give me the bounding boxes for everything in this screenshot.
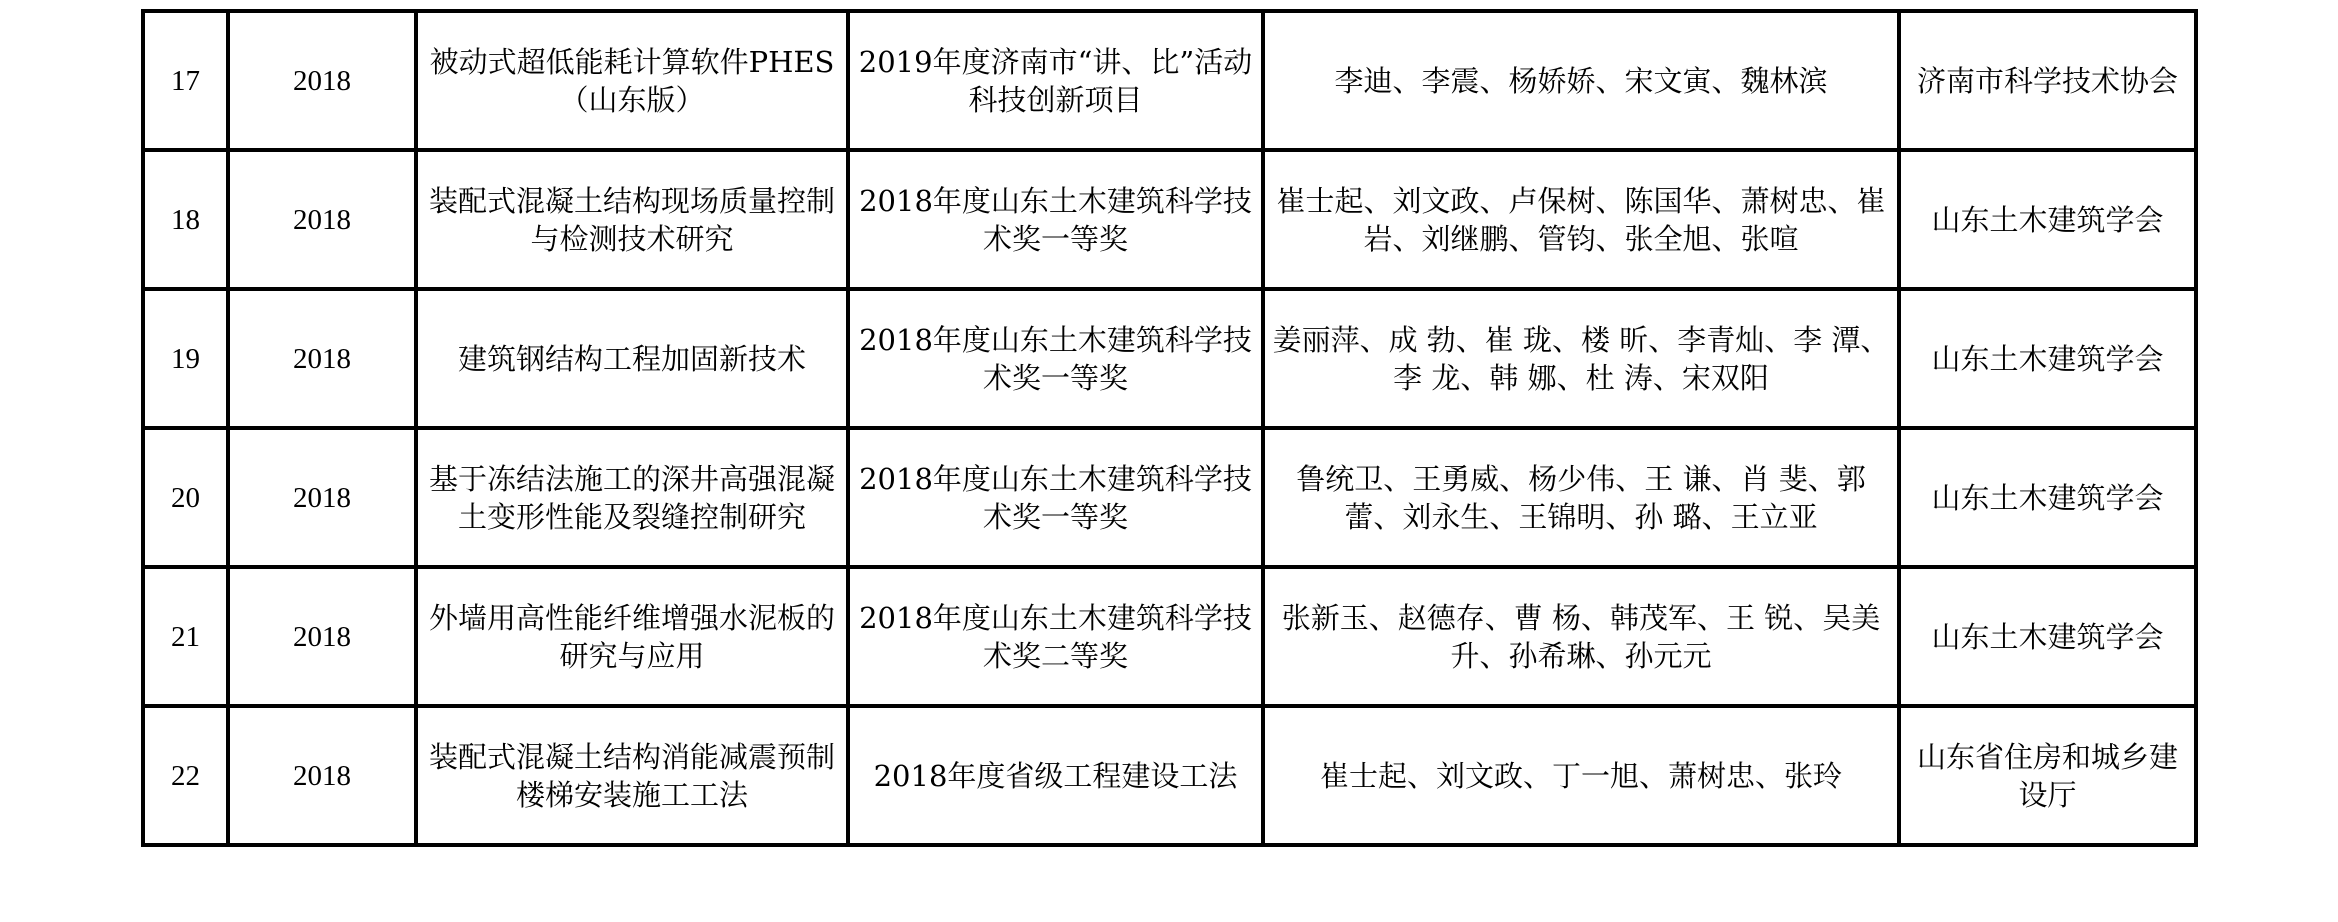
award-name: 2019年度济南市“讲、比”活动科技创新项目: [848, 11, 1263, 150]
authors: 姜丽萍、成 勃、崔 珑、楼 昕、李青灿、李 潭、李 龙、韩 娜、杜 涛、宋双阳: [1263, 289, 1899, 428]
row-year: 2018: [228, 567, 416, 706]
awarding-org: 山东土木建筑学会: [1899, 289, 2196, 428]
table-row: 20 2018 基于冻结法施工的深井高强混凝土变形性能及裂缝控制研究 2018年…: [143, 428, 2196, 567]
awarding-org: 济南市科学技术协会: [1899, 11, 2196, 150]
award-name: 2018年度山东土木建筑科学技术奖一等奖: [848, 289, 1263, 428]
project-title: 建筑钢结构工程加固新技术: [416, 289, 848, 428]
row-number: 17: [143, 11, 228, 150]
authors: 鲁统卫、王勇威、杨少伟、王 谦、肖 斐、郭 蕾、刘永生、王锦明、孙 璐、王立亚: [1263, 428, 1899, 567]
row-year: 2018: [228, 428, 416, 567]
authors: 崔士起、刘文政、丁一旭、萧树忠、张玲: [1263, 706, 1899, 845]
awarding-org: 山东土木建筑学会: [1899, 150, 2196, 289]
table-row: 19 2018 建筑钢结构工程加固新技术 2018年度山东土木建筑科学技术奖一等…: [143, 289, 2196, 428]
row-number: 21: [143, 567, 228, 706]
awarding-org: 山东省住房和城乡建设厅: [1899, 706, 2196, 845]
award-name: 2018年度山东土木建筑科学技术奖一等奖: [848, 150, 1263, 289]
row-number: 22: [143, 706, 228, 845]
project-title: 装配式混凝土结构消能减震预制楼梯安装施工工法: [416, 706, 848, 845]
awarding-org: 山东土木建筑学会: [1899, 567, 2196, 706]
row-year: 2018: [228, 150, 416, 289]
award-name: 2018年度省级工程建设工法: [848, 706, 1263, 845]
row-number: 18: [143, 150, 228, 289]
authors: 张新玉、赵德存、曹 杨、韩茂军、王 锐、吴美升、孙希琳、孙元元: [1263, 567, 1899, 706]
table-row: 22 2018 装配式混凝土结构消能减震预制楼梯安装施工工法 2018年度省级工…: [143, 706, 2196, 845]
project-title: 外墙用高性能纤维增强水泥板的研究与应用: [416, 567, 848, 706]
awarding-org: 山东土木建筑学会: [1899, 428, 2196, 567]
authors: 崔士起、刘文政、卢保树、陈国华、萧树忠、崔 岩、刘继鹏、管钧、张全旭、张喧: [1263, 150, 1899, 289]
award-name: 2018年度山东土木建筑科学技术奖一等奖: [848, 428, 1263, 567]
authors: 李迪、李震、杨娇娇、宋文寅、魏林滨: [1263, 11, 1899, 150]
row-number: 20: [143, 428, 228, 567]
row-year: 2018: [228, 289, 416, 428]
project-title: 装配式混凝土结构现场质量控制与检测技术研究: [416, 150, 848, 289]
table-row: 21 2018 外墙用高性能纤维增强水泥板的研究与应用 2018年度山东土木建筑…: [143, 567, 2196, 706]
award-name: 2018年度山东土木建筑科学技术奖二等奖: [848, 567, 1263, 706]
awards-table: 17 2018 被动式超低能耗计算软件PHES（山东版） 2019年度济南市“讲…: [141, 9, 2198, 847]
row-year: 2018: [228, 706, 416, 845]
table-row: 17 2018 被动式超低能耗计算软件PHES（山东版） 2019年度济南市“讲…: [143, 11, 2196, 150]
project-title: 被动式超低能耗计算软件PHES（山东版）: [416, 11, 848, 150]
project-title: 基于冻结法施工的深井高强混凝土变形性能及裂缝控制研究: [416, 428, 848, 567]
row-number: 19: [143, 289, 228, 428]
table-row: 18 2018 装配式混凝土结构现场质量控制与检测技术研究 2018年度山东土木…: [143, 150, 2196, 289]
row-year: 2018: [228, 11, 416, 150]
